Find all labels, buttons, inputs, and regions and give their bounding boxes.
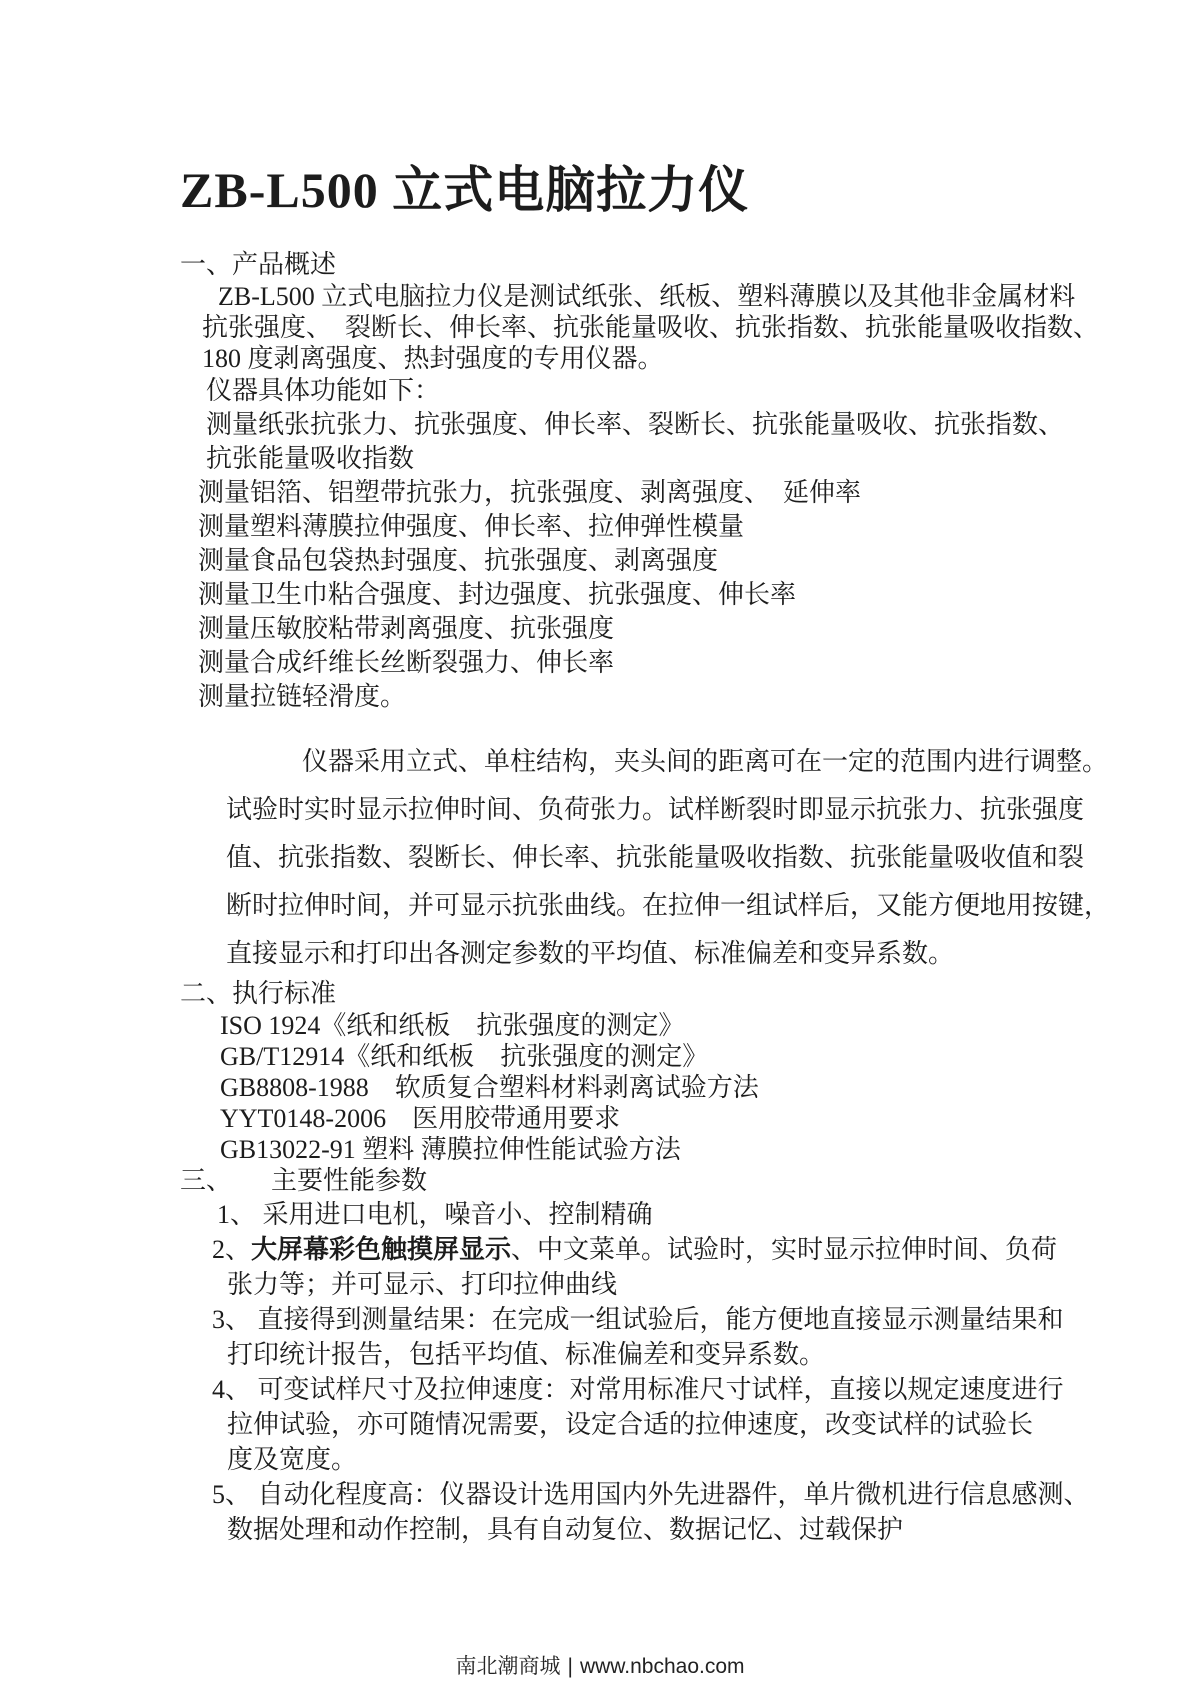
document-title: ZB-L500 立式电脑拉力仪	[180, 158, 1105, 222]
footer-separator: |	[567, 1655, 572, 1679]
instrument-description-paragraph: 仪器采用立式、单柱结构，夹头间的距离可在一定的范围内进行调整。 试验时实时显示拉…	[180, 738, 1105, 978]
text-line: 抗张强度、 裂断长、伸长率、抗张能量吸收、抗张指数、抗张能量吸收指数、	[202, 312, 1105, 343]
function-line: 抗张能量吸收指数	[206, 442, 1105, 476]
text-line: 仪器采用立式、单柱结构，夹头间的距离可在一定的范围内进行调整。	[302, 738, 1105, 786]
text-line: 断时拉伸时间，并可显示抗张曲线。在拉伸一组试样后，又能方便地用按键，	[226, 882, 1105, 930]
feature-item-line: 拉伸试验，亦可随情况需要，设定合适的拉伸速度，改变试样的试验长	[227, 1407, 1105, 1442]
function-line: 测量塑料薄膜拉伸强度、伸长率、拉伸弹性模量	[198, 510, 1105, 544]
text-line: 直接显示和打印出各测定参数的平均值、标准偏差和变异系数。	[226, 930, 1105, 978]
section-heading-features: 三、 主要性能参数	[180, 1165, 1105, 1197]
text-line: ZB-L500 立式电脑拉力仪是测试纸张、纸板、塑料薄膜以及其他非金属材料	[218, 281, 1105, 312]
standard-line: GB/T12914《纸和纸板 抗张强度的测定》	[220, 1041, 1105, 1072]
standard-line: YYT0148-2006 医用胶带通用要求	[220, 1103, 1105, 1134]
function-line: 测量铝箔、铝塑带抗张力，抗张强度、剥离强度、 延伸率	[198, 476, 1105, 510]
document-page: ZB-L500 立式电脑拉力仪 一、产品概述 ZB-L500 立式电脑拉力仪是测…	[0, 0, 1200, 1697]
function-line: 测量拉链轻滑度。	[198, 680, 1105, 714]
standards-list: ISO 1924《纸和纸板 抗张强度的测定》 GB/T12914《纸和纸板 抗张…	[180, 1010, 1105, 1165]
text-line: 180 度剥离强度、热封强度的专用仪器。	[202, 343, 1105, 374]
function-line: 测量合成纤维长丝断裂强力、伸长率	[198, 646, 1105, 680]
footer-watermark: 南北潮商城|www.nbchao.com	[0, 1650, 1200, 1680]
feature-item-number: 2、	[212, 1235, 251, 1264]
feature-item-line: 数据处理和动作控制，具有自动复位、数据记忆、过载保护	[227, 1512, 1105, 1547]
section-heading-standards: 二、执行标准	[180, 978, 1105, 1010]
function-list-intro: 仪器具体功能如下：	[206, 374, 1105, 408]
text-line: 值、抗张指数、裂断长、伸长率、抗张能量吸收指数、抗张能量吸收值和裂	[226, 834, 1105, 882]
function-line: 测量纸张抗张力、抗张强度、伸长率、裂断长、抗张能量吸收、抗张指数、	[206, 408, 1105, 442]
feature-item-line: 2、大屏幕彩色触摸屏显示、中文菜单。试验时，实时显示拉伸时间、负荷	[212, 1232, 1105, 1267]
feature-item-line: 度及宽度。	[227, 1442, 1105, 1477]
function-line: 测量压敏胶粘带剥离强度、抗张强度	[198, 612, 1105, 646]
standard-line: ISO 1924《纸和纸板 抗张强度的测定》	[220, 1010, 1105, 1041]
feature-highlight-text: 大屏幕彩色触摸屏显示	[251, 1235, 511, 1264]
feature-item-line: 打印统计报告，包括平均值、标准偏差和变异系数。	[227, 1337, 1105, 1372]
features-list: 1、 采用进口电机，噪音小、控制精确 2、大屏幕彩色触摸屏显示、中文菜单。试验时…	[180, 1197, 1105, 1547]
function-line: 测量卫生巾粘合强度、封边强度、抗张强度、伸长率	[198, 578, 1105, 612]
feature-item-line: 张力等；并可显示、打印拉伸曲线	[227, 1267, 1105, 1302]
footer-site-url: www.nbchao.com	[580, 1655, 745, 1679]
standard-line: GB8808-1988 软质复合塑料材料剥离试验方法	[220, 1072, 1105, 1103]
overview-intro-paragraph: ZB-L500 立式电脑拉力仪是测试纸张、纸板、塑料薄膜以及其他非金属材料 抗张…	[180, 281, 1105, 374]
feature-item-line: 1、 采用进口电机，噪音小、控制精确	[217, 1197, 1105, 1232]
function-line: 测量食品包袋热封强度、抗张强度、剥离强度	[198, 544, 1105, 578]
text-line: 试验时实时显示拉伸时间、负荷张力。试样断裂时即显示抗张力、抗张强度	[226, 786, 1105, 834]
document-content: ZB-L500 立式电脑拉力仪 一、产品概述 ZB-L500 立式电脑拉力仪是测…	[0, 0, 1200, 1547]
feature-item-line: 4、 可变试样尺寸及拉伸速度：对常用标准尺寸试样，直接以规定速度进行	[212, 1372, 1105, 1407]
section-heading-overview: 一、产品概述	[180, 249, 1105, 281]
feature-item-line: 3、 直接得到测量结果：在完成一组试验后，能方便地直接显示测量结果和	[212, 1302, 1105, 1337]
function-list: 仪器具体功能如下： 测量纸张抗张力、抗张强度、伸长率、裂断长、抗张能量吸收、抗张…	[180, 374, 1105, 714]
feature-item-text: 、中文菜单。试验时，实时显示拉伸时间、负荷	[511, 1235, 1057, 1264]
feature-item-line: 5、 自动化程度高：仪器设计选用国内外先进器件，单片微机进行信息感测、	[212, 1477, 1105, 1512]
footer-site-name: 南北潮商城	[455, 1650, 560, 1680]
standard-line: GB13022-91 塑料 薄膜拉伸性能试验方法	[220, 1134, 1105, 1165]
